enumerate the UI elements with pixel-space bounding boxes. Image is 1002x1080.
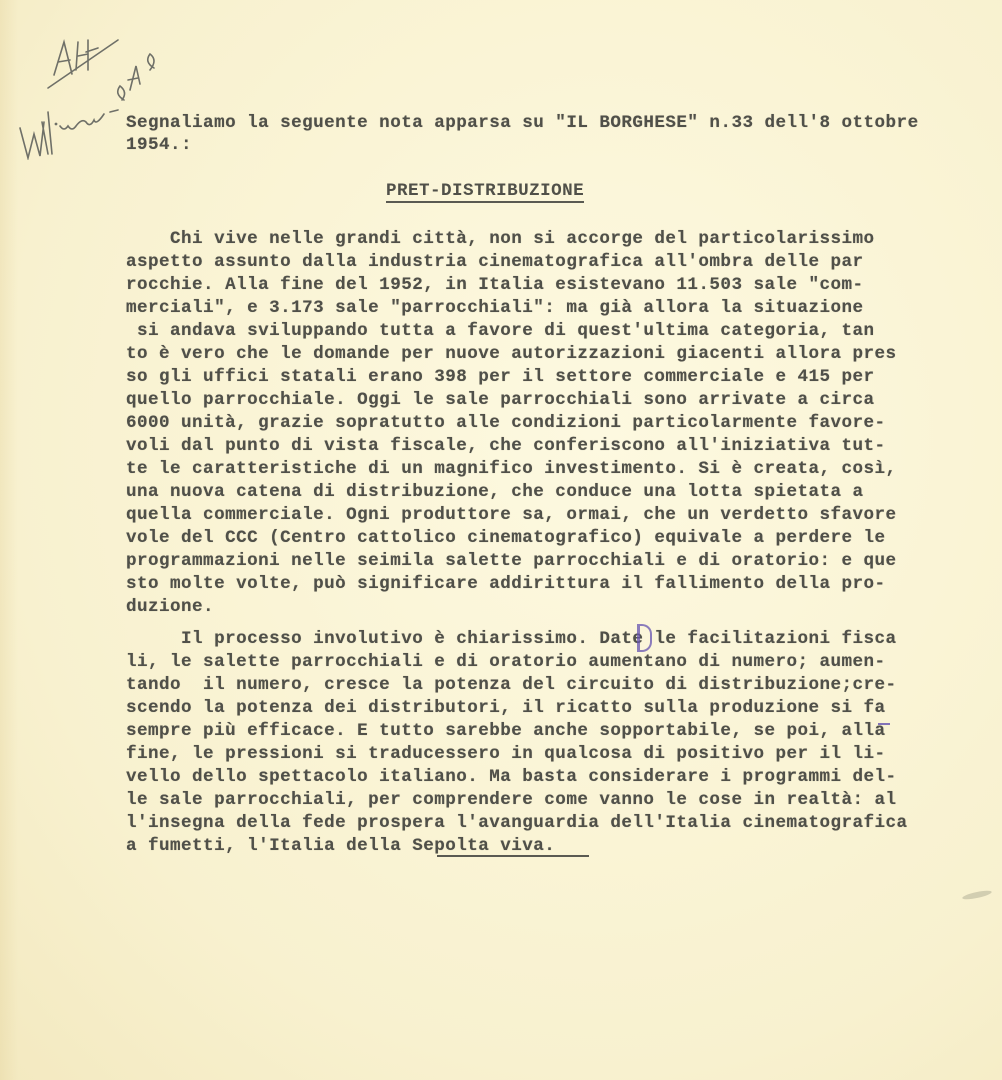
text-line: 6000 unità, grazie sopratutto alle condi… bbox=[126, 412, 886, 434]
text-line: li, le salette parrocchiali e di oratori… bbox=[126, 651, 886, 673]
intro-line-2: 1954.: bbox=[126, 134, 192, 156]
text-line: una nuova catena di distribuzione, che c… bbox=[126, 481, 864, 503]
text-line: quello parrocchiale. Oggi le sale parroc… bbox=[126, 389, 875, 411]
text-line: voli dal punto di vista fiscale, che con… bbox=[126, 435, 886, 457]
text-line: Il processo involutivo è chiarissimo. Da… bbox=[126, 628, 897, 650]
ink-correction-mark bbox=[637, 624, 652, 652]
text-line: to è vero che le domande per nuove autor… bbox=[126, 343, 897, 365]
text-line: aspetto assunto dalla industria cinemato… bbox=[126, 251, 864, 273]
text-line: Chi vive nelle grandi città, non si acco… bbox=[126, 228, 875, 250]
text-line: merciali", e 3.173 sale "parrocchiali": … bbox=[126, 297, 864, 319]
text-line: scendo la potenza dei distributori, il r… bbox=[126, 697, 886, 719]
text-line: quella commerciale. Ogni produttore sa, … bbox=[126, 504, 897, 526]
document-page: Segnaliamo la seguente nota apparsa su "… bbox=[0, 0, 1002, 1080]
text-line: so gli uffici statali erano 398 per il s… bbox=[126, 366, 875, 388]
text-line: si andava sviluppando tutta a favore di … bbox=[126, 320, 875, 342]
text-line: te le caratteristiche di un magnifico in… bbox=[126, 458, 897, 480]
text-line: tando il numero, cresce la potenza del c… bbox=[126, 674, 897, 696]
paper-smudge bbox=[962, 889, 993, 901]
text-line: le sale parrocchiali, per comprendere co… bbox=[126, 789, 897, 811]
text-line: fine, le pressioni si traducessero in qu… bbox=[126, 743, 886, 765]
text-line: duzione. bbox=[126, 596, 214, 618]
text-line: vello dello spettacolo italiano. Ma bast… bbox=[126, 766, 897, 788]
text-line: programmazioni nelle seimila salette par… bbox=[126, 550, 897, 572]
text-line: sempre più efficace. E tutto sarebbe anc… bbox=[126, 720, 886, 742]
text-line: rocchie. Alla fine del 1952, in Italia e… bbox=[126, 274, 864, 296]
title-underline bbox=[437, 855, 589, 857]
text-line: vole del CCC (Centro cattolico cinematog… bbox=[126, 527, 886, 549]
intro-line-1: Segnaliamo la seguente nota apparsa su "… bbox=[126, 112, 919, 134]
ink-correction-mark bbox=[878, 723, 890, 725]
text-line: sto molte volte, può significare addirit… bbox=[126, 573, 886, 595]
document-title: PRET-DISTRIBUZIONE bbox=[386, 181, 584, 203]
text-line: l'insegna della fede prospera l'avanguar… bbox=[126, 812, 908, 834]
text-line: a fumetti, l'Italia della Sepolta viva. bbox=[126, 835, 555, 857]
